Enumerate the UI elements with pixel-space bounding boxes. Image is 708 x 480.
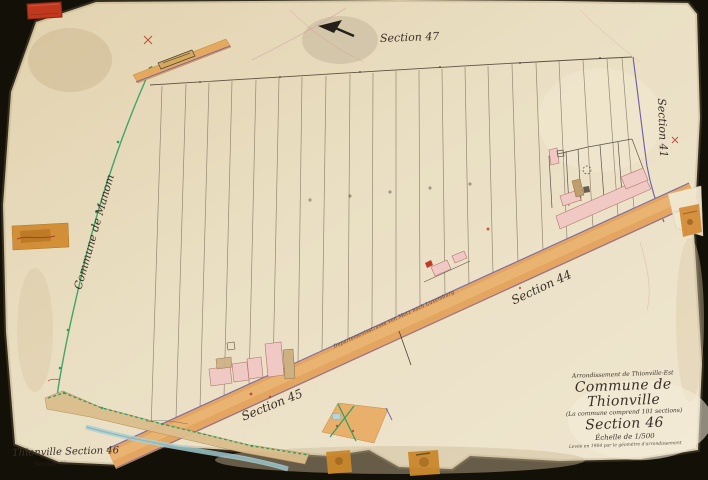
tape-patch-bottom-2 xyxy=(408,450,440,476)
tape-patch-left xyxy=(12,223,69,250)
red-sticker xyxy=(27,2,62,19)
section-41-label: Section 41 xyxy=(655,98,670,158)
scanned-cadastral-map: Section 47 Section 41 Commune de Manom S… xyxy=(0,0,708,480)
section-47-label: Section 47 xyxy=(380,30,440,45)
corner-label-line2: Section 46 xyxy=(34,460,67,468)
title-block: Arrondissement de Thionville-Est Commune… xyxy=(543,368,706,452)
tape-patch-bottom-1 xyxy=(326,450,352,474)
